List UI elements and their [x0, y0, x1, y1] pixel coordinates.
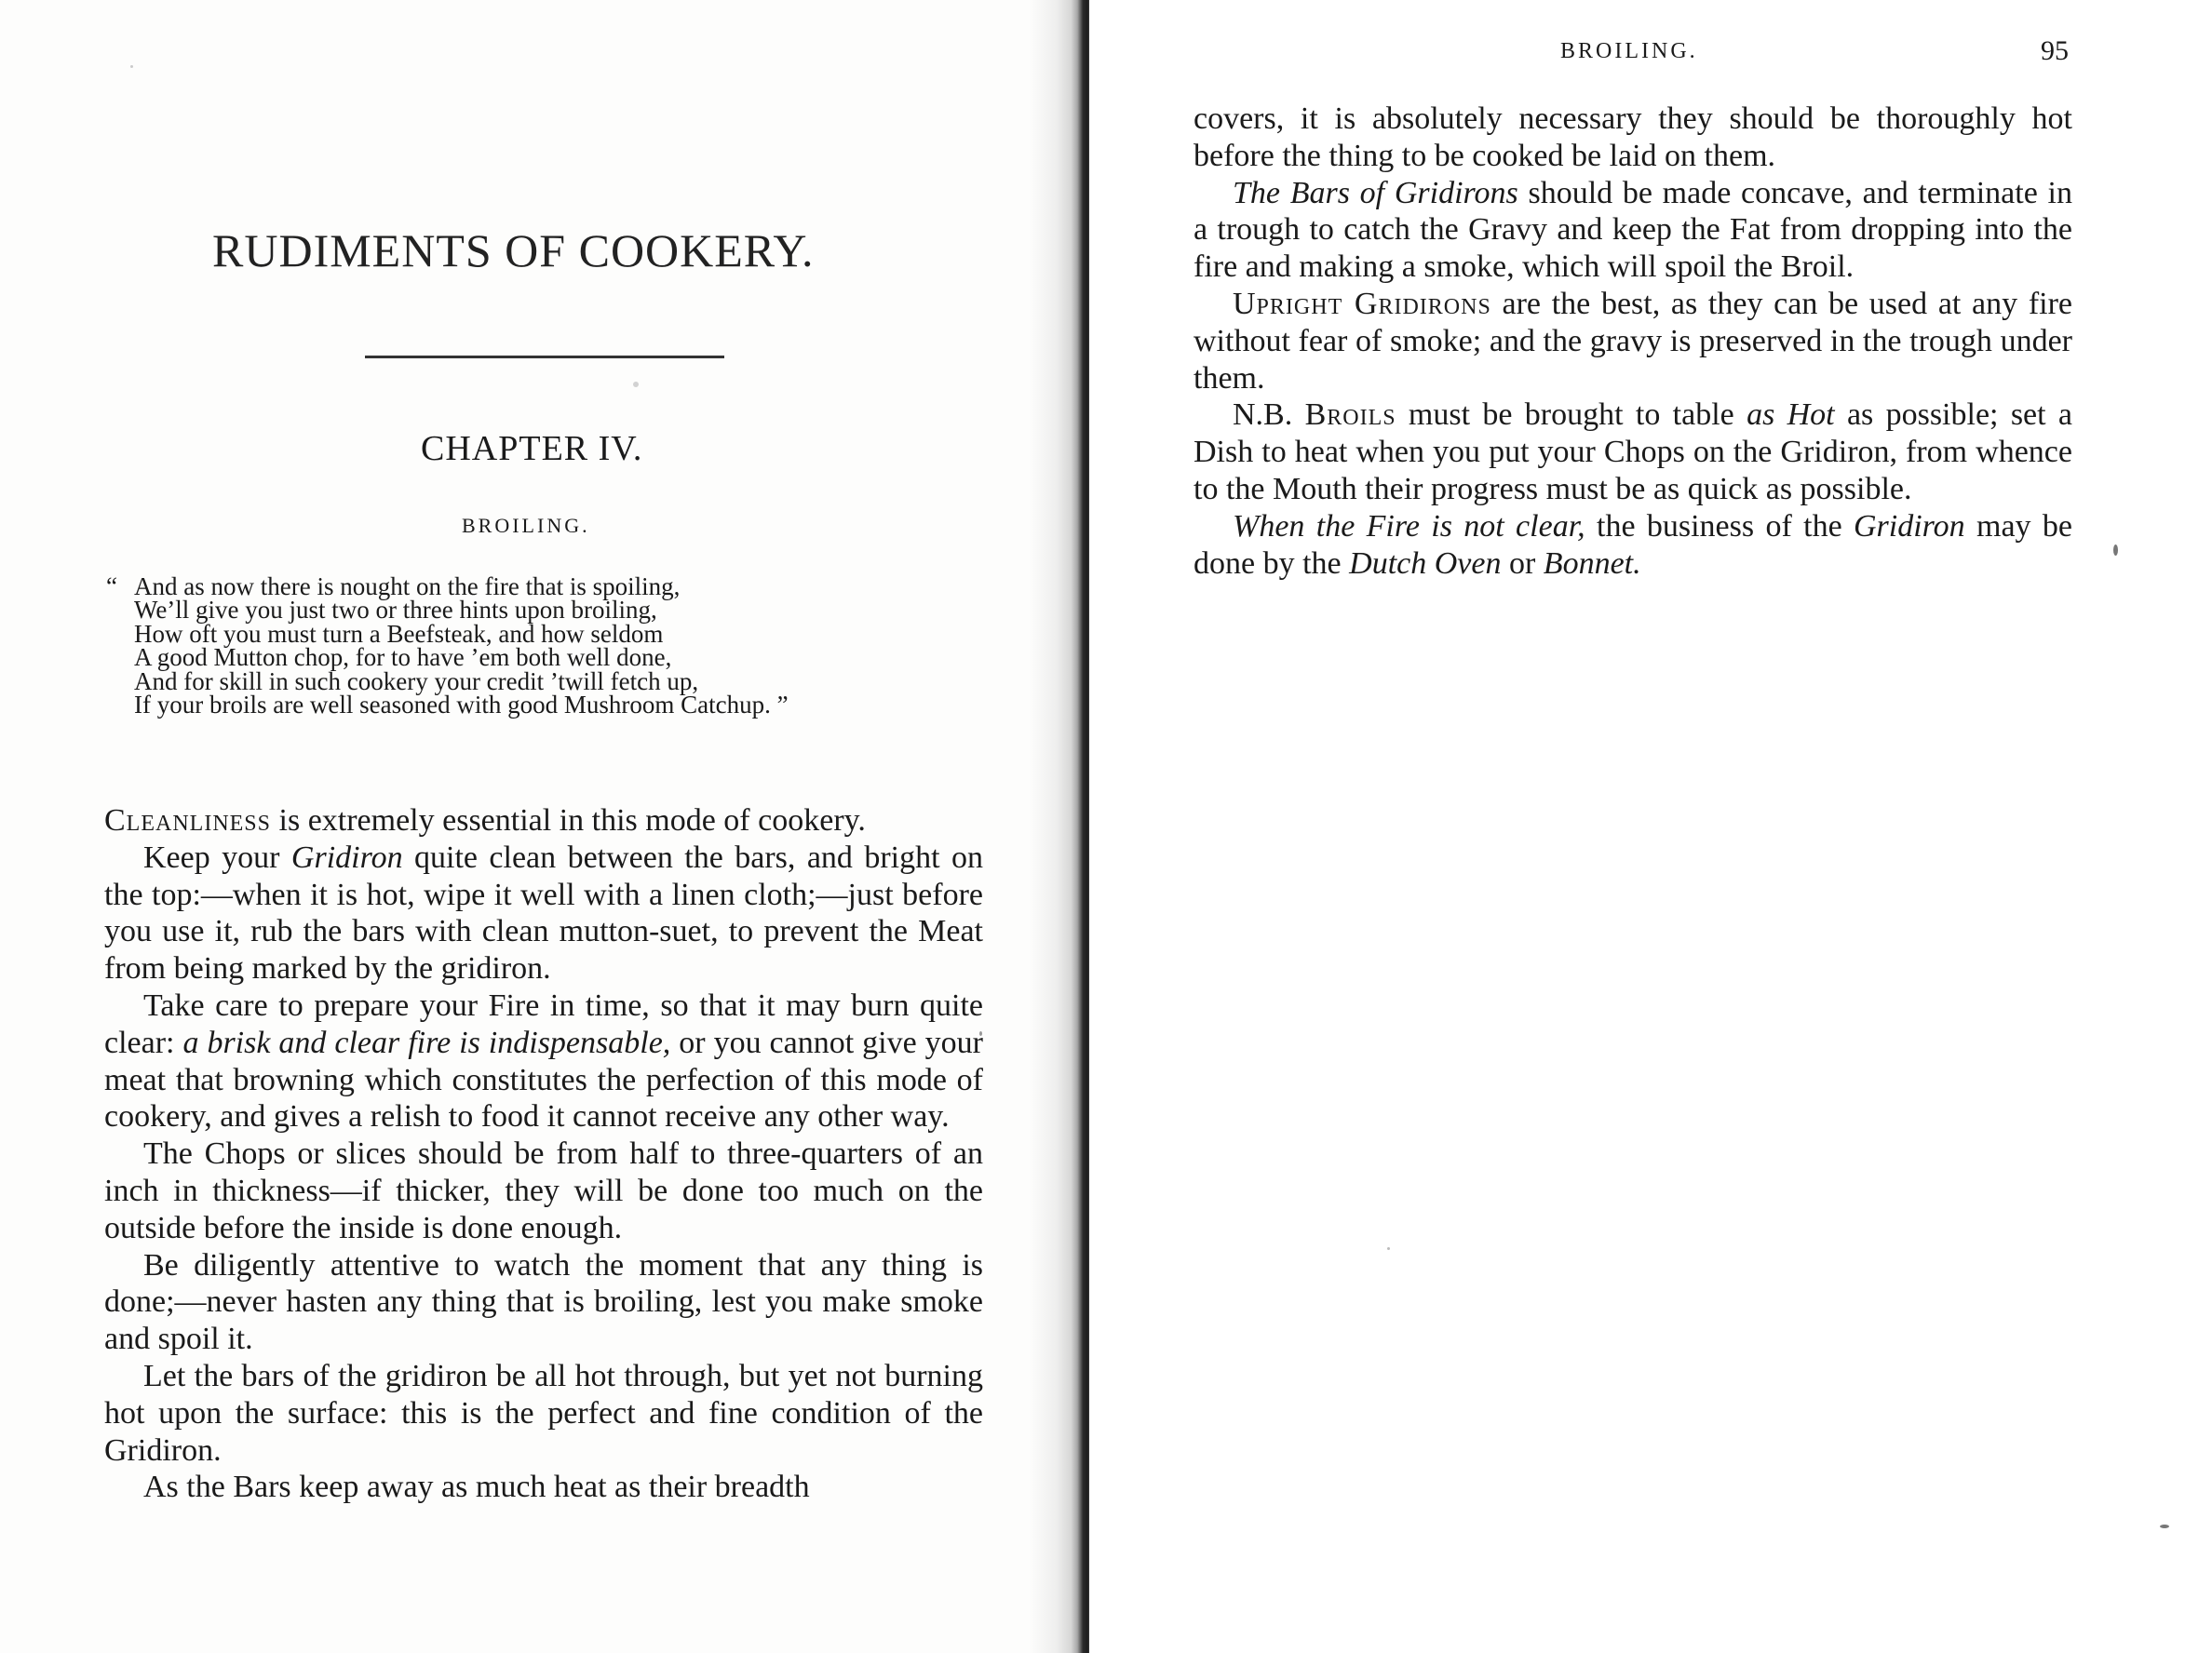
- paragraph-bars-heat: As the Bars keep away as much heat as th…: [104, 1469, 983, 1506]
- running-head: BROILING.: [1560, 39, 1698, 64]
- epigraph-line: If your broils are well seasoned with go…: [106, 693, 981, 717]
- title-rule-divider: [365, 356, 724, 358]
- paper-speck: [1387, 1247, 1390, 1250]
- paragraph-prepare-fire: Take care to prepare your Fire in time, …: [104, 988, 983, 1136]
- paragraph-cleanliness: Cleanliness is extremely essential in th…: [104, 802, 983, 840]
- book-title: RUDIMENTS OF COOKERY.: [212, 223, 883, 277]
- paragraph-fire-not-clear: When the Fire is not clear, the business…: [1194, 508, 2072, 583]
- left-page: RUDIMENTS OF COOKERY. CHAPTER IV. BROILI…: [0, 0, 1071, 1653]
- paragraph-upright-gridirons: Upright Gridirons are the best, as they …: [1194, 286, 2072, 396]
- paragraph-attentive: Be diligently attentive to watch the mom…: [104, 1247, 983, 1358]
- paper-speck: [633, 382, 639, 387]
- paragraph-keep-gridiron: Keep your Gridiron quite clean between t…: [104, 840, 983, 988]
- chapter-heading: CHAPTER IV.: [421, 428, 642, 469]
- paper-speck: [130, 65, 133, 68]
- right-page-body: covers, it is absolutely necessary they …: [1194, 101, 2072, 582]
- paragraph-chops-thickness: The Chops or slices should be from half …: [104, 1136, 983, 1246]
- epigraph-line: We’ll give you just two or three hints u…: [106, 598, 981, 622]
- paragraph-nb-broils: N.B. Broils must be brought to table as …: [1194, 396, 2072, 507]
- paper-speck: [2113, 544, 2118, 556]
- gutter-shadow: [1029, 0, 1075, 1653]
- paper-speck: [979, 1031, 982, 1036]
- paragraph-bars-concave: The Bars of Gridirons should be made con…: [1194, 175, 2072, 286]
- paper-speck: [2160, 1525, 2169, 1528]
- epigraph-poem: “And as now there is nought on the fire …: [106, 575, 981, 717]
- section-heading: BROILING.: [462, 514, 590, 538]
- paragraph-bars-hot: Let the bars of the gridiron be all hot …: [104, 1358, 983, 1469]
- paragraph-covers: covers, it is absolutely necessary they …: [1194, 101, 2072, 175]
- epigraph-line: A good Mutton chop, for to have ’em both…: [106, 646, 981, 669]
- page-number: 95: [2041, 35, 2069, 67]
- left-page-body: Cleanliness is extremely essential in th…: [104, 802, 983, 1506]
- open-quote: “: [106, 575, 134, 598]
